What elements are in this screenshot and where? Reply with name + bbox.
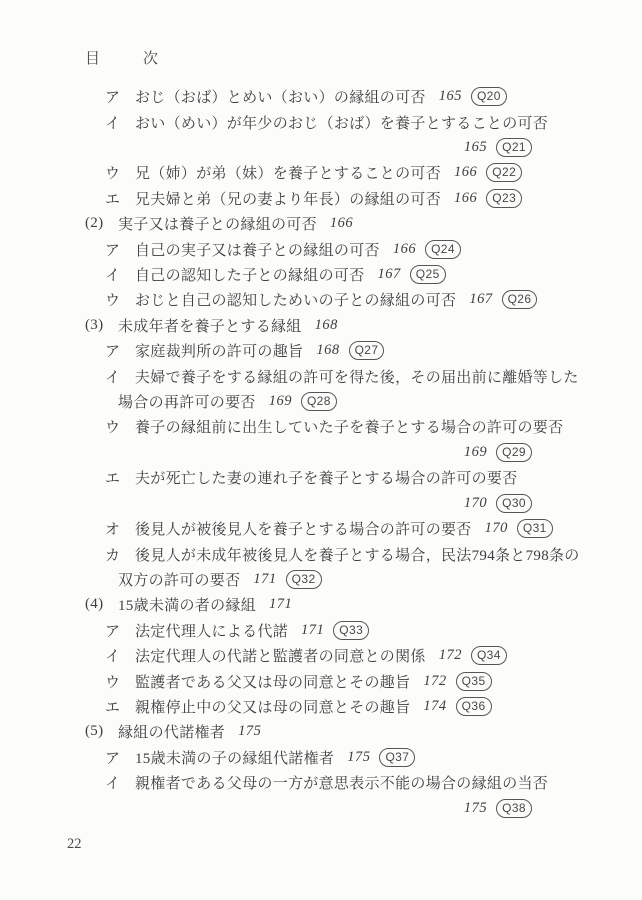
page-ref: 166	[330, 215, 353, 232]
toc-entry-text: おじ（おば）とめい（おい）の縁組の可否	[135, 86, 426, 107]
page-ref: 165	[464, 139, 487, 156]
toc-entry-line: イ自己の認知した子との縁組の可否167Q25	[85, 262, 532, 287]
page-ref: 171	[253, 571, 276, 588]
toc-entry-line: オ後見人が被後見人を養子とする場合の許可の要否170Q31	[85, 516, 532, 541]
q-badge: Q27	[349, 341, 385, 360]
toc-item-marker: ウ	[105, 289, 135, 310]
q-badge: Q31	[517, 519, 553, 538]
toc-entry-line: (4)15歳未満の者の縁組171	[85, 592, 532, 617]
toc-item-marker: ウ	[105, 162, 135, 183]
toc-entry-line: ウ養子の縁組前に出生していた子を養子とする場合の許可の要否	[85, 414, 532, 439]
toc-pageref-line: 175Q38	[85, 795, 532, 820]
toc-entry-text: おい（めい）が年少のおじ（おば）を養子とすることの可否	[135, 112, 548, 133]
toc-entry-text: 場合の再許可の要否	[118, 391, 256, 412]
page-ref: 171	[269, 596, 292, 613]
toc-entry-text: 親権者である父母の一方が意思表示不能の場合の縁組の当否	[135, 772, 548, 793]
toc-entry-line: 場合の再許可の要否169Q28	[85, 389, 532, 414]
toc-entry-text: 兄夫婦と弟（兄の妻より年長）の縁組の可否	[135, 188, 441, 209]
page-ref: 169	[269, 393, 292, 410]
q-badge: Q25	[410, 265, 446, 284]
toc-entry-line: ア15歳未満の子の縁組代諾権者175Q37	[85, 745, 532, 770]
toc-entry-line: ア家庭裁判所の許可の趣旨168Q27	[85, 338, 532, 363]
toc-item-marker: エ	[105, 188, 135, 209]
page-ref: 166	[393, 241, 416, 258]
toc-entry-text: 15歳未満の子の縁組代諾権者	[135, 747, 334, 768]
page-number-footer: 22	[67, 836, 82, 853]
page-ref: 166	[454, 164, 477, 181]
toc-item-marker: オ	[105, 518, 135, 539]
toc-entry-line: ウ兄（姉）が弟（妹）を養子とすることの可否166Q22	[85, 160, 532, 185]
toc-entry-line: ア自己の実子又は養子との縁組の可否166Q24	[85, 236, 532, 261]
toc-entry-text: 15歳未満の者の縁組	[118, 594, 256, 615]
toc-entry-text: 夫婦で養子をする縁組の許可を得た後，その届出前に離婚等した	[135, 366, 579, 387]
toc-entry-text: 未成年者を養子とする縁組	[118, 315, 302, 336]
q-badge: Q33	[333, 621, 369, 640]
q-badge: Q38	[496, 799, 532, 818]
page-ref: 172	[439, 647, 462, 664]
page-ref: 170	[485, 520, 508, 537]
toc-entry-text: 法定代理人の代諾と監護者の同意との関係	[135, 645, 426, 666]
toc-entry-text: 監護者である父又は母の同意とその趣旨	[135, 671, 410, 692]
q-badge: Q24	[425, 240, 461, 259]
q-badge: Q23	[486, 189, 522, 208]
toc-entry-text: 兄（姉）が弟（妹）を養子とすることの可否	[135, 162, 441, 183]
toc-entry-line: 双方の許可の要否171Q32	[85, 567, 532, 592]
page-ref: 175	[464, 800, 487, 817]
toc-item-marker: ア	[105, 86, 135, 107]
toc-item-marker: ウ	[105, 671, 135, 692]
toc-entry-text: 自己の認知した子との縁組の可否	[135, 264, 365, 285]
toc-item-marker: イ	[105, 645, 135, 666]
book-page: 目 次 アおじ（おば）とめい（おい）の縁組の可否165Q20イおい（めい）が年少…	[0, 0, 642, 900]
toc-item-marker: ア	[105, 340, 135, 361]
toc-item-marker: イ	[105, 772, 135, 793]
toc-entry-line: エ親権停止中の父又は母の同意とその趣旨174Q36	[85, 694, 532, 719]
q-badge: Q32	[286, 570, 322, 589]
toc-entry-line: (2)実子又は養子との縁組の可否166	[85, 211, 532, 236]
q-badge: Q35	[456, 672, 492, 691]
toc-item-marker: エ	[105, 696, 135, 717]
toc-pageref-line: 169Q29	[85, 440, 532, 465]
toc-item-marker: ウ	[105, 416, 135, 437]
toc-item-marker: (3)	[85, 317, 118, 334]
page-ref: 167	[469, 291, 492, 308]
q-badge: Q22	[486, 163, 522, 182]
toc-entry-text: 養子の縁組前に出生していた子を養子とする場合の許可の要否	[135, 416, 563, 437]
toc-entry-line: イ法定代理人の代諾と監護者の同意との関係172Q34	[85, 643, 532, 668]
toc-entry-text: 家庭裁判所の許可の趣旨	[135, 340, 303, 361]
q-badge: Q26	[502, 290, 538, 309]
page-ref: 170	[464, 495, 487, 512]
toc-item-marker: ア	[105, 239, 135, 260]
toc-pageref-line: 165Q21	[85, 135, 532, 160]
q-badge: Q21	[496, 138, 532, 157]
toc-entry-line: ウ監護者である父又は母の同意とその趣旨172Q35	[85, 668, 532, 693]
toc-entry-text: 実子又は養子との縁組の可否	[118, 213, 317, 234]
toc-entry-line: ウおじと自己の認知しためいの子との縁組の可否167Q26	[85, 287, 532, 312]
toc-entry-text: 後見人が未成年被後見人を養子とする場合，民法794条と798条の	[135, 544, 580, 565]
toc-entry-line: イ夫婦で養子をする縁組の許可を得た後，その届出前に離婚等した	[85, 363, 532, 388]
toc-entry-line: カ後見人が未成年被後見人を養子とする場合，民法794条と798条の	[85, 541, 532, 566]
toc-item-marker: (5)	[85, 723, 118, 740]
page-ref: 167	[378, 266, 401, 283]
toc-entry-text: 後見人が被後見人を養子とする場合の許可の要否	[135, 518, 472, 539]
toc-entry-line: エ兄夫婦と弟（兄の妻より年長）の縁組の可否166Q23	[85, 186, 532, 211]
toc-pageref-line: 170Q30	[85, 491, 532, 516]
page-ref: 168	[316, 342, 339, 359]
toc-entry-line: エ夫が死亡した妻の連れ子を養子とする場合の許可の要否	[85, 465, 532, 490]
page-ref: 174	[423, 698, 446, 715]
page-ref: 169	[464, 444, 487, 461]
page-ref: 175	[238, 723, 261, 740]
page-ref: 172	[423, 673, 446, 690]
toc-entry-text: おじと自己の認知しためいの子との縁組の可否	[135, 289, 456, 310]
q-badge: Q36	[456, 697, 492, 716]
toc-item-marker: (2)	[85, 215, 118, 232]
page-ref: 175	[347, 749, 370, 766]
q-badge: Q30	[496, 494, 532, 513]
toc-item-marker: (4)	[85, 596, 118, 613]
page-ref: 166	[454, 190, 477, 207]
toc-entry-line: (5)縁組の代諾権者175	[85, 719, 532, 744]
toc-item-marker: エ	[105, 467, 135, 488]
toc-entry-line: (3)未成年者を養子とする縁組168	[85, 313, 532, 338]
page-ref: 171	[301, 622, 324, 639]
toc-entry-line: アおじ（おば）とめい（おい）の縁組の可否165Q20	[85, 84, 532, 109]
page-ref: 165	[439, 88, 462, 105]
toc-entry-line: ア法定代理人による代諾171Q33	[85, 618, 532, 643]
toc-entry-text: 夫が死亡した妻の連れ子を養子とする場合の許可の要否	[135, 467, 518, 488]
toc-entry-line: イおい（めい）が年少のおじ（おば）を養子とすることの可否	[85, 109, 532, 134]
toc-entry-text: 縁組の代諾権者	[118, 721, 225, 742]
toc-entry-text: 法定代理人による代諾	[135, 620, 288, 641]
toc-item-marker: イ	[105, 112, 135, 133]
toc-entry-text: 自己の実子又は養子との縁組の可否	[135, 239, 380, 260]
page-ref: 168	[315, 317, 338, 334]
toc-item-marker: イ	[105, 366, 135, 387]
toc-item-marker: ア	[105, 747, 135, 768]
q-badge: Q29	[496, 443, 532, 462]
toc-item-marker: ア	[105, 620, 135, 641]
q-badge: Q34	[471, 646, 507, 665]
toc-item-marker: イ	[105, 264, 135, 285]
toc-entry-line: イ親権者である父母の一方が意思表示不能の場合の縁組の当否	[85, 770, 532, 795]
q-badge: Q28	[301, 392, 337, 411]
q-badge: Q37	[379, 748, 415, 767]
toc-title: 目 次	[85, 47, 172, 68]
toc-list: アおじ（おば）とめい（おい）の縁組の可否165Q20イおい（めい）が年少のおじ（…	[85, 84, 532, 821]
q-badge: Q20	[471, 87, 507, 106]
toc-entry-text: 双方の許可の要否	[118, 569, 240, 590]
toc-entry-text: 親権停止中の父又は母の同意とその趣旨	[135, 696, 410, 717]
toc-item-marker: カ	[105, 544, 135, 565]
